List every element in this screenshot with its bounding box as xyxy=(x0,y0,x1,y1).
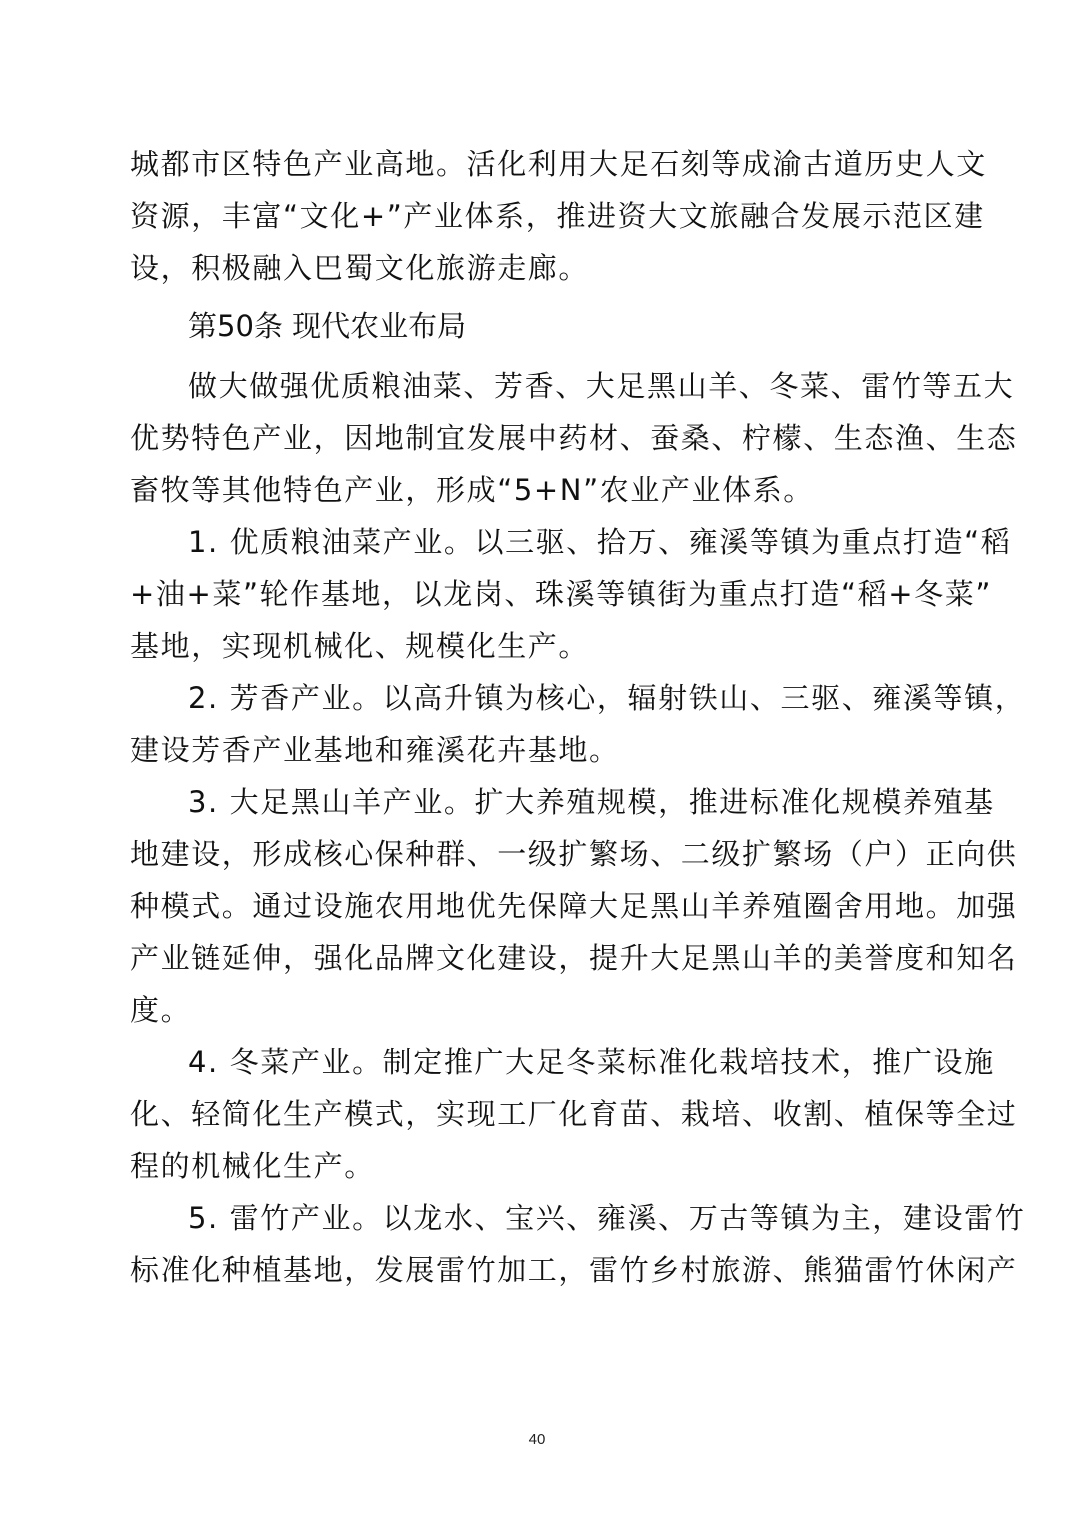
article-heading: 第50条 现代农业布局 xyxy=(130,300,948,352)
text-line: 标准化种植基地，发展雷竹加工，雷竹乡村旅游、熊猫雷竹休闲产 xyxy=(130,1244,948,1296)
paragraph-continuation: 城都市区特色产业高地。活化利用大足石刻等成渝古道历史人文 资源，丰富“文化+”产… xyxy=(130,138,948,294)
paragraph-item-2: 2. 芳香产业。以高升镇为核心，辐射铁山、三驱、雍溪等镇， 建设芳香产业基地和雍… xyxy=(130,672,948,776)
text-line: 产业链延伸，强化品牌文化建设，提升大足黑山羊的美誉度和知名 xyxy=(130,932,948,984)
paragraph-item-1: 1. 优质粮油菜产业。以三驱、拾万、雍溪等镇为重点打造“稻 +油+菜”轮作基地，… xyxy=(130,516,948,672)
text-line: 畜牧等其他特色产业，形成“5+N”农业产业体系。 xyxy=(130,464,948,516)
text-line: 城都市区特色产业高地。活化利用大足石刻等成渝古道历史人文 xyxy=(130,138,948,190)
page-number: 40 xyxy=(0,1431,1074,1448)
text-line: 3. 大足黑山羊产业。扩大养殖规模，推进标准化规模养殖基 xyxy=(130,776,948,828)
paragraph-item-5: 5. 雷竹产业。以龙水、宝兴、雍溪、万古等镇为主，建设雷竹 标准化种植基地，发展… xyxy=(130,1192,948,1296)
text-line: 2. 芳香产业。以高升镇为核心，辐射铁山、三驱、雍溪等镇， xyxy=(130,672,948,724)
text-line: 设，积极融入巴蜀文化旅游走廊。 xyxy=(130,242,948,294)
paragraph-item-4: 4. 冬菜产业。制定推广大足冬菜标准化栽培技术，推广设施 化、轻简化生产模式，实… xyxy=(130,1036,948,1192)
text-line: 优势特色产业，因地制宜发展中药材、蚕桑、柠檬、生态渔、生态 xyxy=(130,412,948,464)
text-line: 种模式。通过设施农用地优先保障大足黑山羊养殖圈舍用地。加强 xyxy=(130,880,948,932)
text-line: 5. 雷竹产业。以龙水、宝兴、雍溪、万古等镇为主，建设雷竹 xyxy=(130,1192,948,1244)
text-line: 4. 冬菜产业。制定推广大足冬菜标准化栽培技术，推广设施 xyxy=(130,1036,948,1088)
text-line: 建设芳香产业基地和雍溪花卉基地。 xyxy=(130,724,948,776)
text-line: 地建设，形成核心保种群、一级扩繁场、二级扩繁场（户）正向供 xyxy=(130,828,948,880)
text-line: 资源，丰富“文化+”产业体系，推进资大文旅融合发展示范区建 xyxy=(130,190,948,242)
text-line: 基地，实现机械化、规模化生产。 xyxy=(130,620,948,672)
text-line: 化、轻简化生产模式，实现工厂化育苗、栽培、收割、植保等全过 xyxy=(130,1088,948,1140)
text-line: 1. 优质粮油菜产业。以三驱、拾万、雍溪等镇为重点打造“稻 xyxy=(130,516,948,568)
text-line: 度。 xyxy=(130,984,948,1036)
text-line: 做大做强优质粮油菜、芳香、大足黑山羊、冬菜、雷竹等五大 xyxy=(130,360,948,412)
text-line: 程的机械化生产。 xyxy=(130,1140,948,1192)
text-line: +油+菜”轮作基地，以龙岗、珠溪等镇街为重点打造“稻+冬菜” xyxy=(130,568,948,620)
paragraph-item-3: 3. 大足黑山羊产业。扩大养殖规模，推进标准化规模养殖基 地建设，形成核心保种群… xyxy=(130,776,948,1036)
paragraph-intro: 做大做强优质粮油菜、芳香、大足黑山羊、冬菜、雷竹等五大 优势特色产业，因地制宜发… xyxy=(130,360,948,516)
document-page: 城都市区特色产业高地。活化利用大足石刻等成渝古道历史人文 资源，丰富“文化+”产… xyxy=(130,138,948,1296)
